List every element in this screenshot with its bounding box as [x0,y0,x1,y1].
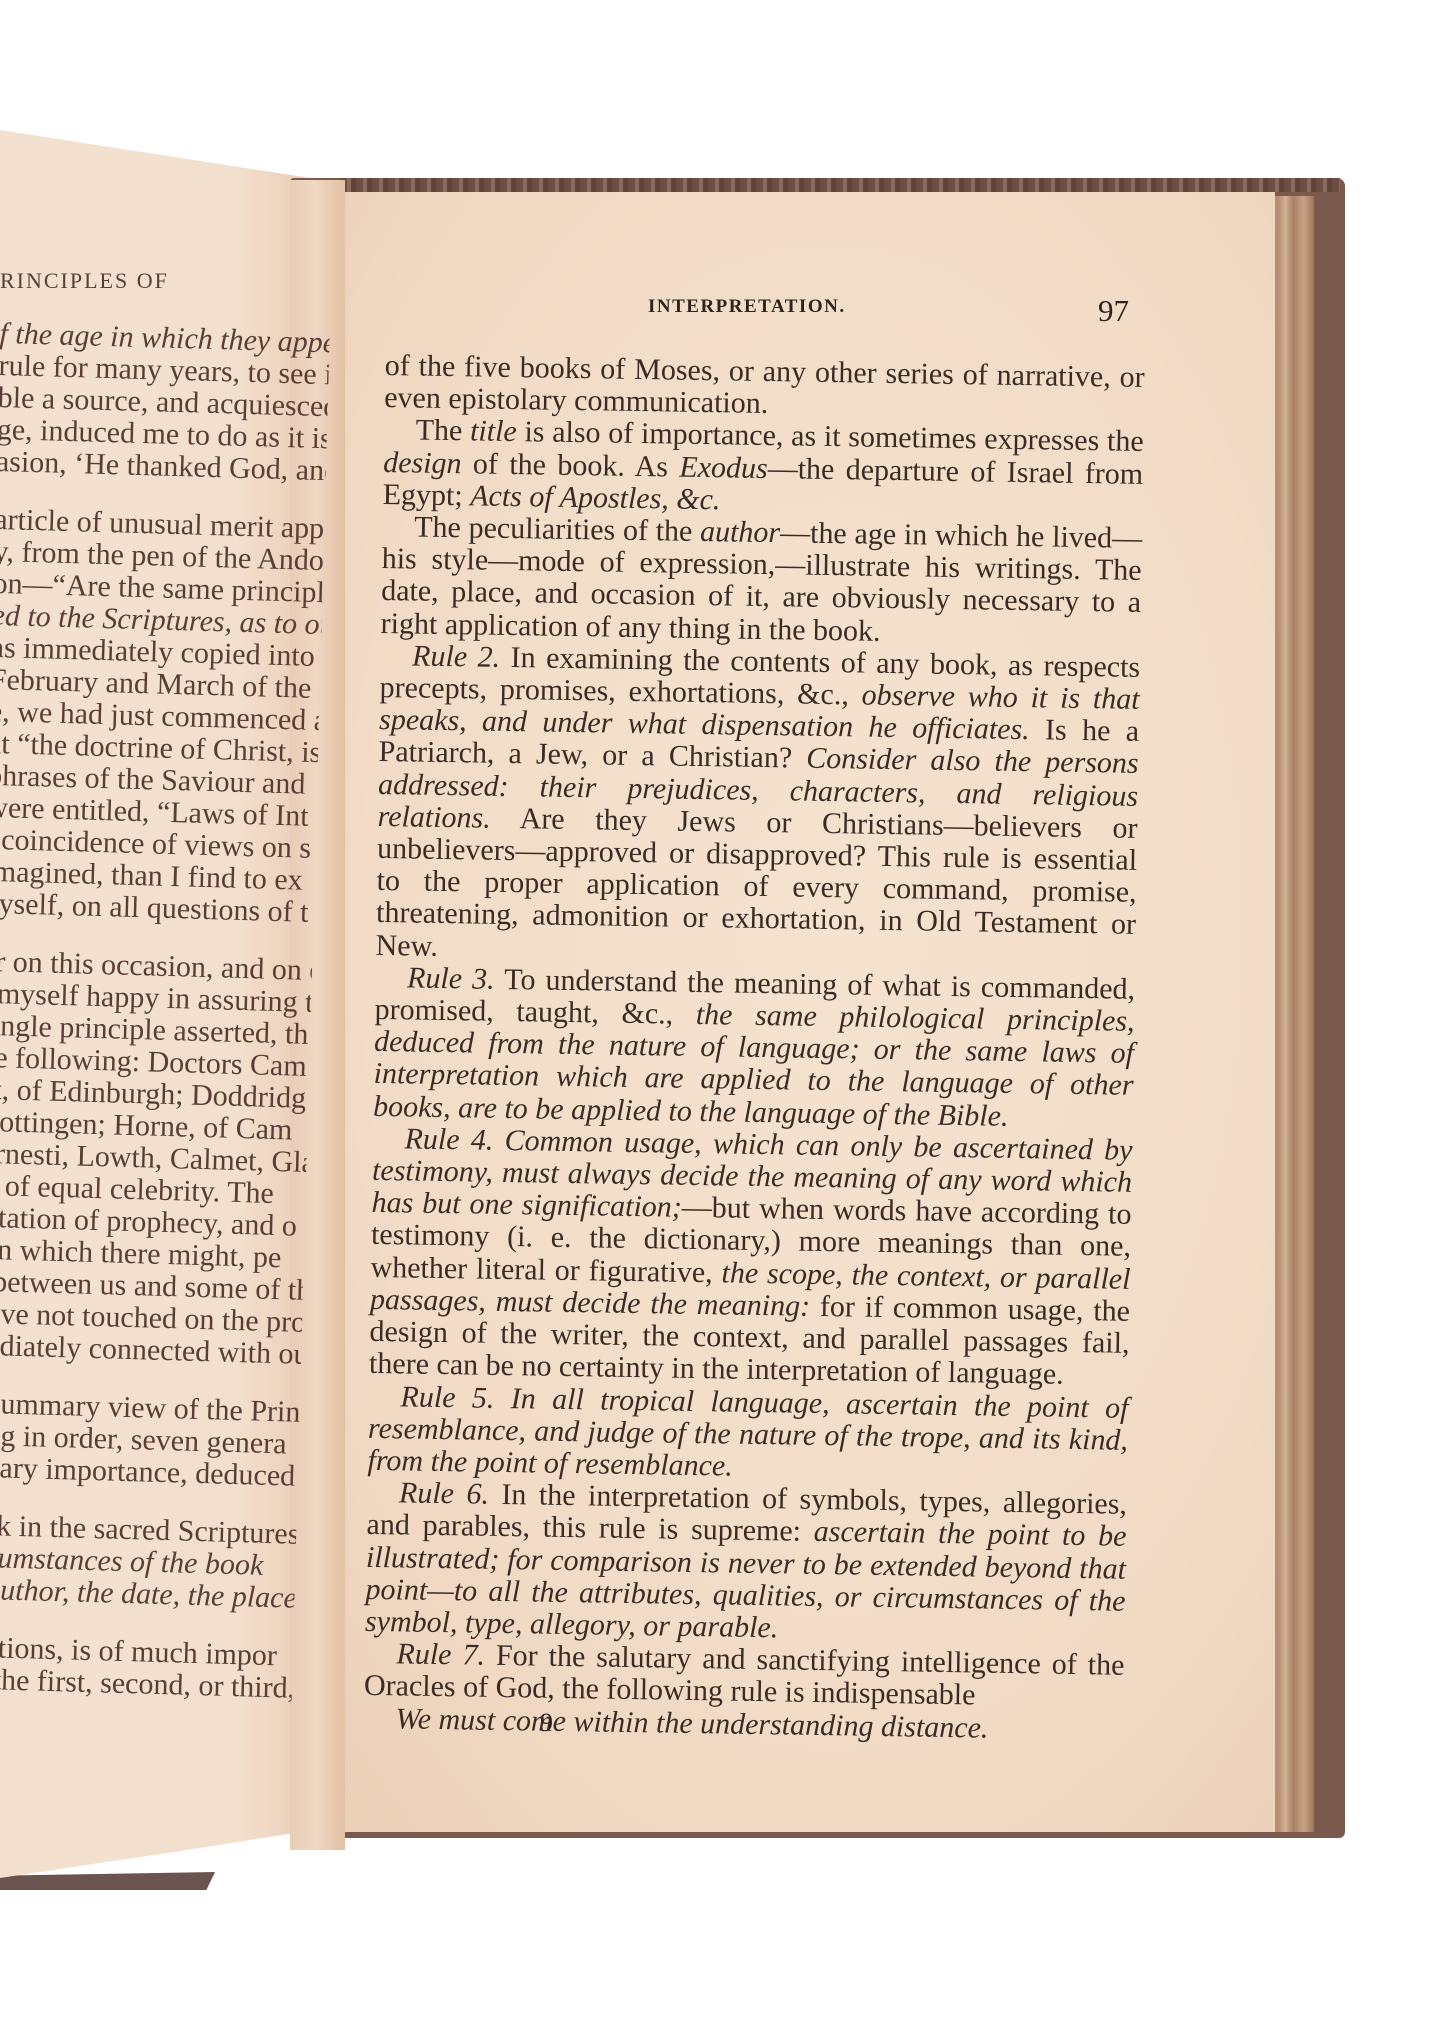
right-page-text: of the five books of Moses, or any other… [363,350,1145,1747]
rule-2: Rule 2. In examining the contents of any… [375,640,1140,974]
left-cover-edge [0,1872,215,1890]
signature-mark: 9 [540,1708,553,1738]
cover-top-edge [340,178,1340,192]
rule-4: Rule 4. Common usage, which can only be … [369,1123,1133,1393]
running-head: INTERPRETATION. [648,296,846,318]
rule-3: Rule 3. To understand the meaning of wha… [373,962,1135,1135]
left-page-text: f the age in which they appeare rule for… [0,318,330,1705]
paragraph-title: The title is also of importance, as it s… [382,414,1143,523]
left-running-head: RINCIPLES OF [0,265,169,297]
paragraph-author: The peculiarities of the author—the age … [380,511,1142,652]
rule-6: Rule 6. In the interpretation of symbols… [365,1477,1127,1650]
page-number: 97 [1098,293,1129,329]
rule-5: Rule 5. In all tropical language, ascert… [367,1380,1128,1489]
